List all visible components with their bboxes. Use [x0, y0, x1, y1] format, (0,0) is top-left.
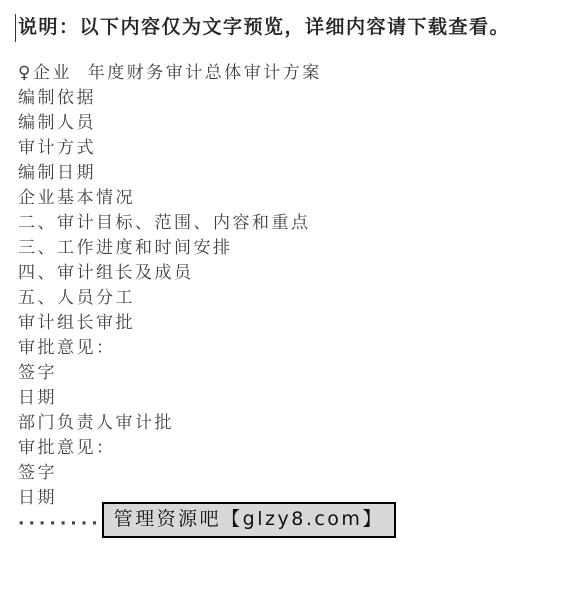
preview-notice-row: 说明：以下内容仅为文字预览，详细内容请下载查看。 [15, 13, 510, 42]
document-preview-page: 说明：以下内容仅为文字预览，详细内容请下载查看。 ♀企业 年度财务审计总体审计方… [0, 0, 578, 600]
document-line: 日期 [18, 386, 322, 411]
document-line: 签字 [18, 461, 322, 486]
watermark-box: 管理资源吧【glzy8.com】 [102, 502, 396, 538]
document-line: 三、工作进度和时间安排 [18, 236, 322, 261]
watermark-text: 管理资源吧【glzy8.com】 [114, 508, 384, 530]
document-line: 五、人员分工 [18, 286, 322, 311]
document-line: 编制依据 [18, 86, 322, 111]
document-line: 审批意见： [18, 336, 322, 361]
document-line: 审计方式 [18, 136, 322, 161]
document-line: ♀企业 年度财务审计总体审计方案 [18, 61, 322, 86]
document-line: 四、审计组长及成员 [18, 261, 322, 286]
document-line: 审批意见： [18, 436, 322, 461]
document-line: 编制日期 [18, 161, 322, 186]
footer-row: ········ 管理资源吧【glzy8.com】 [18, 502, 396, 538]
dotted-leader: ········ [18, 517, 102, 531]
document-line: 部门负责人审计批 [18, 411, 322, 436]
document-line: 审计组长审批 [18, 311, 322, 336]
document-line: 二、审计目标、范围、内容和重点 [18, 211, 322, 236]
preview-notice: 说明：以下内容仅为文字预览，详细内容请下载查看。 [18, 13, 510, 41]
document-line: 签字 [18, 361, 322, 386]
document-lines: ♀企业 年度财务审计总体审计方案编制依据编制人员审计方式编制日期企业基本情况二、… [18, 61, 322, 511]
text-cursor [15, 14, 16, 42]
document-line: 企业基本情况 [18, 186, 322, 211]
document-line: 编制人员 [18, 111, 322, 136]
